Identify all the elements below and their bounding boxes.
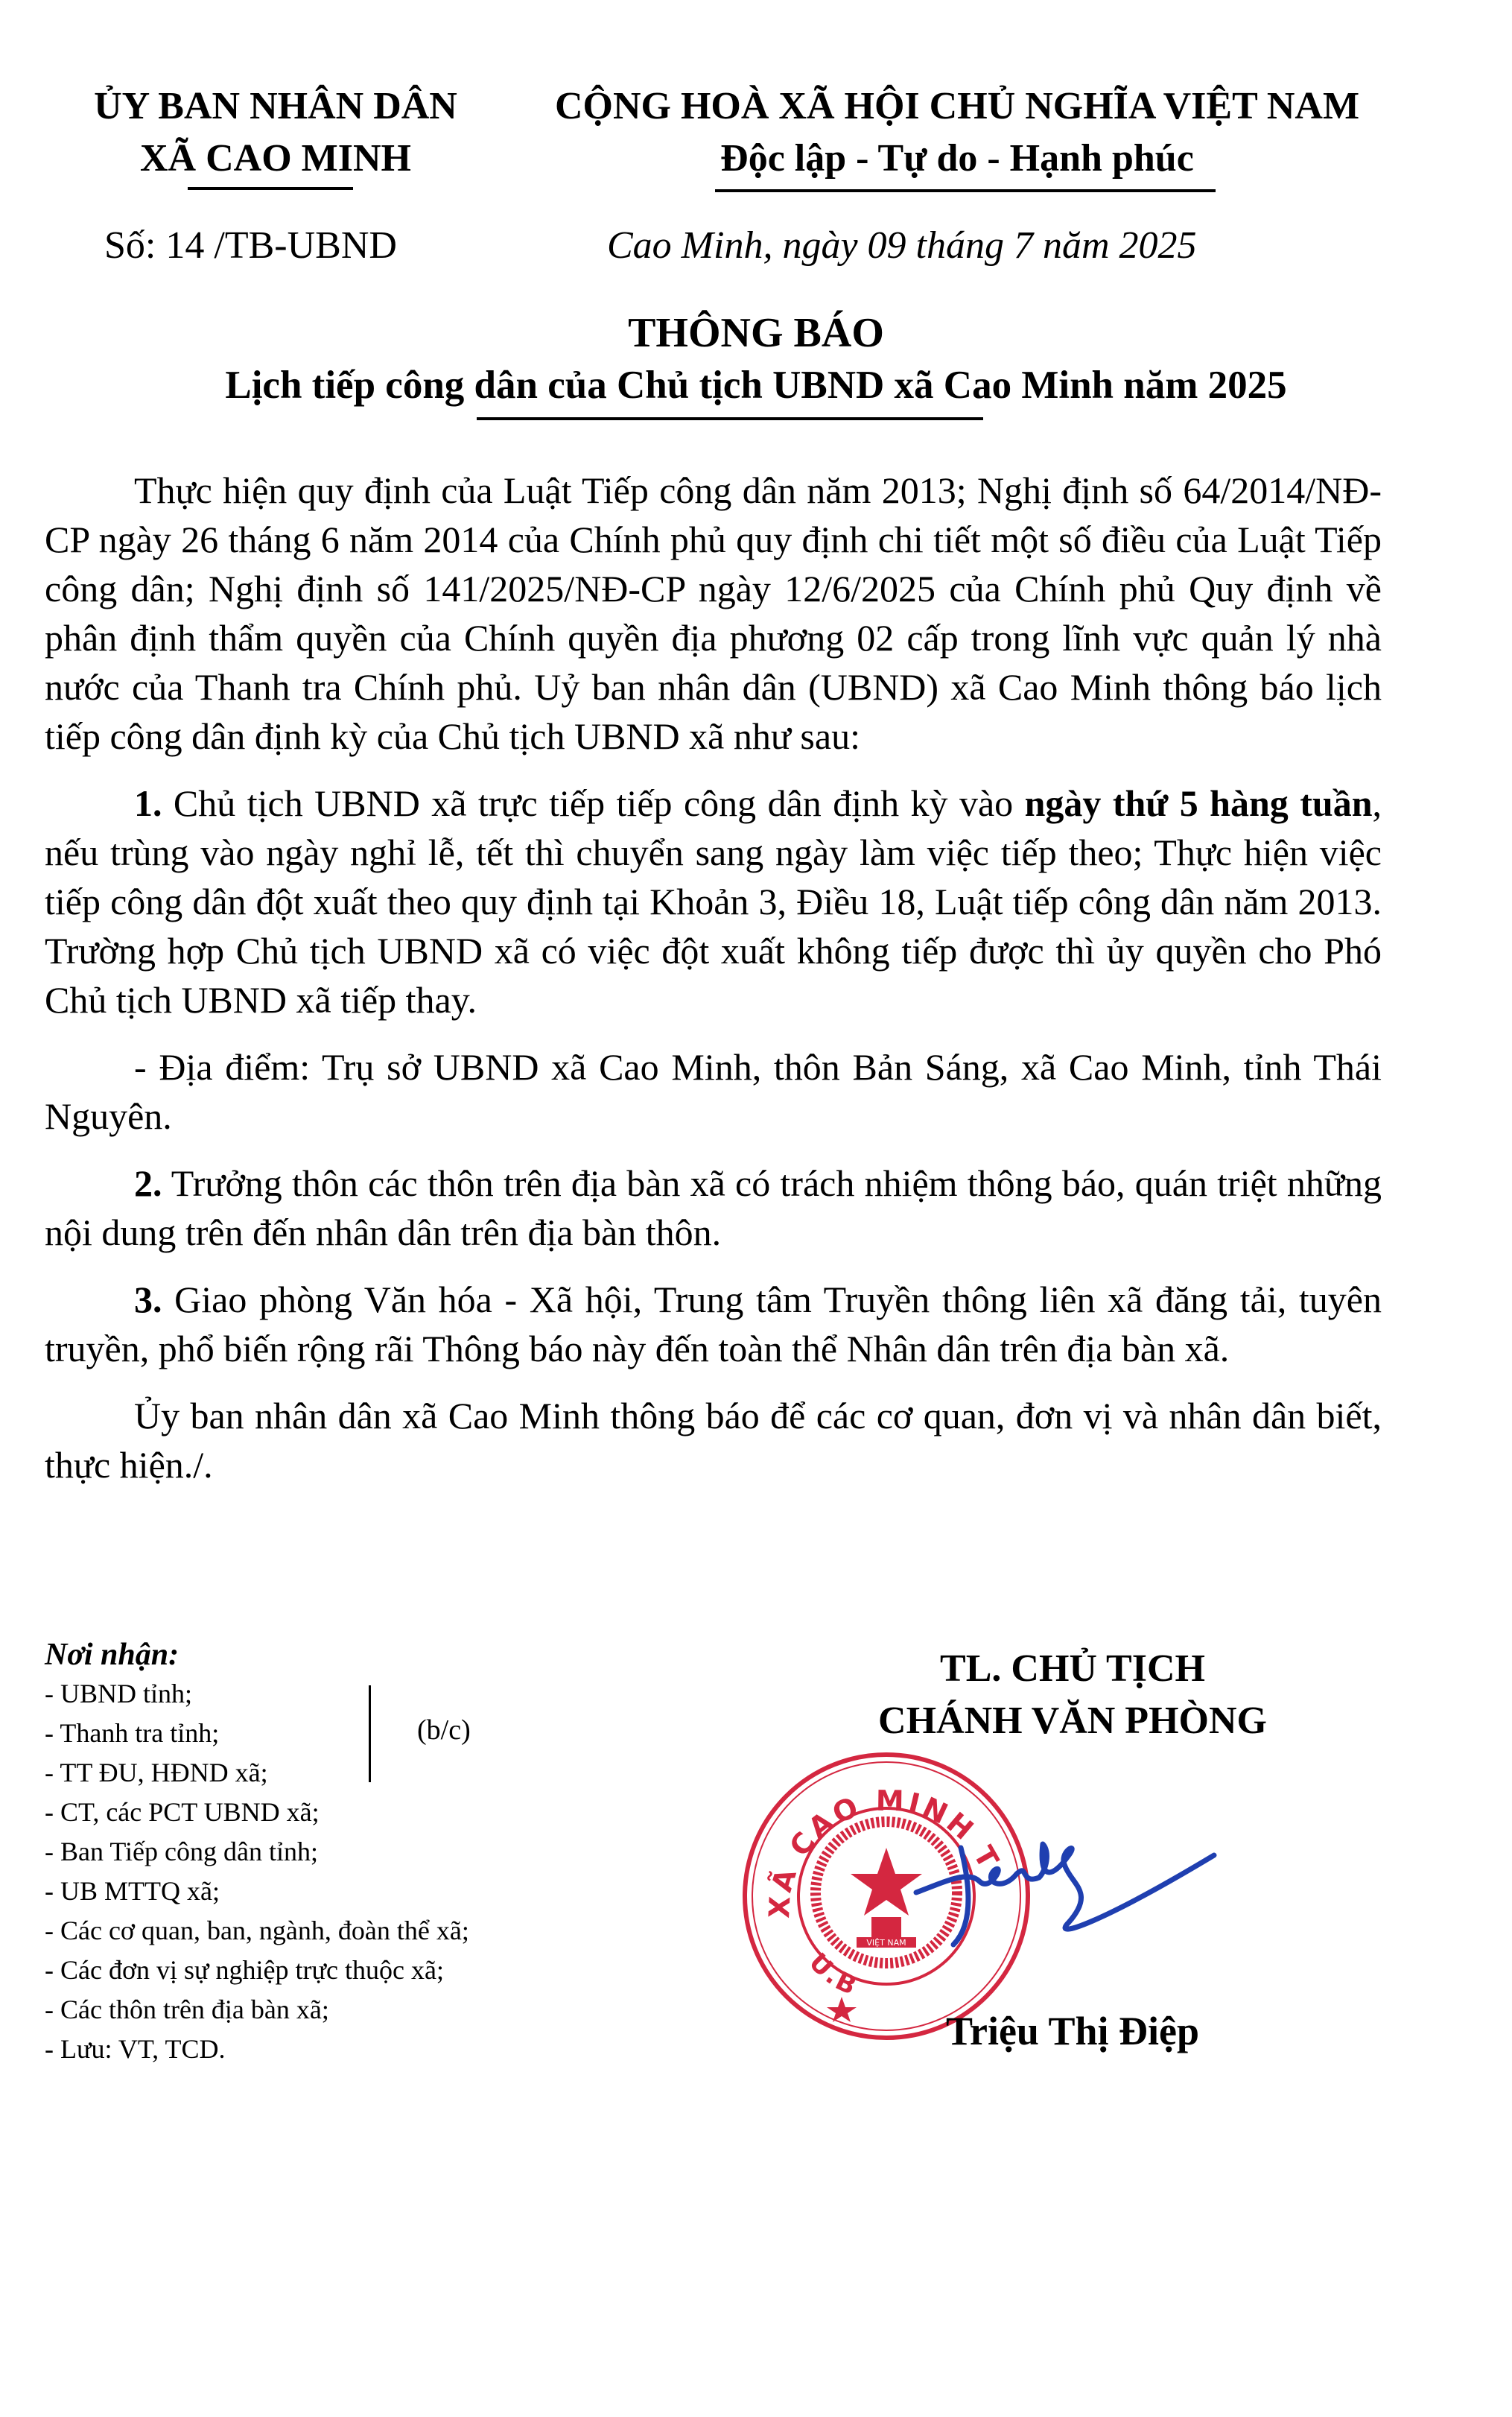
svg-text:VIỆT NAM: VIỆT NAM <box>866 1938 906 1948</box>
recipients-block: Nơi nhận: - UBND tỉnh; - Thanh tra tỉnh;… <box>45 1635 715 2069</box>
item-2-number: 2. <box>134 1162 162 1204</box>
document-subtitle: Lịch tiếp công dân của Chủ tịch UBND xã … <box>0 359 1512 411</box>
closing-paragraph: Ủy ban nhân dân xã Cao Minh thông báo để… <box>45 1391 1382 1489</box>
document-number: Số: 14 /TB-UBND <box>104 224 397 267</box>
item-1-schedule: ngày thứ 5 hàng tuần <box>1025 782 1373 824</box>
signature-position: CHÁNH VĂN PHÒNG <box>790 1695 1356 1747</box>
document-body: Thực hiện quy định của Luật Tiếp công dâ… <box>45 466 1382 1507</box>
signer-name: Triệu Thị Điệp <box>790 2008 1356 2054</box>
recipient-item: - UBND tỉnh; <box>45 1674 715 1714</box>
report-note: (b/c) <box>417 1714 471 1746</box>
recipient-item: - UB MTTQ xã; <box>45 1872 715 1911</box>
agency-line-2: XÃ CAO MINH <box>45 133 506 185</box>
recipients-list: - UBND tỉnh; - Thanh tra tỉnh; - TT ĐU, … <box>45 1674 715 2069</box>
item-3-paragraph: 3. Giao phòng Văn hóa - Xã hội, Trung tâ… <box>45 1275 1382 1373</box>
recipient-item: - Ban Tiếp công dân tỉnh; <box>45 1832 715 1872</box>
national-motto: CỘNG HOÀ XÃ HỘI CHỦ NGHĨA VIỆT NAM Độc l… <box>492 80 1423 185</box>
recipients-bracket <box>369 1685 371 1782</box>
item-1-number: 1. <box>134 782 162 824</box>
issuing-agency: ỦY BAN NHÂN DÂN XÃ CAO MINH <box>45 80 506 185</box>
agency-line-1: ỦY BAN NHÂN DÂN <box>45 80 506 133</box>
nation-line-1: CỘNG HOÀ XÃ HỘI CHỦ NGHĨA VIỆT NAM <box>492 80 1423 133</box>
item-3-number: 3. <box>134 1279 162 1320</box>
intro-paragraph: Thực hiện quy định của Luật Tiếp công dâ… <box>45 466 1382 761</box>
item-1-paragraph: 1. Chủ tịch UBND xã trực tiếp tiếp công … <box>45 779 1382 1024</box>
signature-authority: TL. CHỦ TỊCH <box>790 1643 1356 1695</box>
nation-line-2: Độc lập - Tự do - Hạnh phúc <box>492 133 1423 185</box>
title-underline <box>477 417 983 420</box>
recipient-item: - Các cơ quan, ban, ngành, đoàn thể xã; <box>45 1911 715 1951</box>
handwritten-signature-icon <box>909 1811 1222 1952</box>
place-date: Cao Minh, ngày 09 tháng 7 năm 2025 <box>607 224 1197 267</box>
agency-underline <box>188 187 353 190</box>
location-paragraph: - Địa điểm: Trụ sở UBND xã Cao Minh, thô… <box>45 1042 1382 1141</box>
signature-block: TL. CHỦ TỊCH CHÁNH VĂN PHÒNG <box>790 1643 1356 1747</box>
recipient-item: - Lưu: VT, TCD. <box>45 2030 715 2069</box>
item-1-text-pre: Chủ tịch UBND xã trực tiếp tiếp công dân… <box>162 782 1025 824</box>
recipient-item: - Các thôn trên địa bàn xã; <box>45 1990 715 2030</box>
document-title: THÔNG BÁO <box>0 307 1512 359</box>
motto-underline <box>715 189 1216 192</box>
item-3-text: Giao phòng Văn hóa - Xã hội, Trung tâm T… <box>45 1279 1382 1369</box>
recipient-item: - Các đơn vị sự nghiệp trực thuộc xã; <box>45 1951 715 1990</box>
item-2-paragraph: 2. Trưởng thôn các thôn trên địa bàn xã … <box>45 1159 1382 1257</box>
recipient-item: - Thanh tra tỉnh; <box>45 1714 715 1753</box>
recipient-item: - CT, các PCT UBND xã; <box>45 1793 715 1832</box>
item-2-text: Trưởng thôn các thôn trên địa bàn xã có … <box>45 1162 1382 1253</box>
recipients-title: Nơi nhận: <box>45 1635 715 1674</box>
recipient-item: - TT ĐU, HĐND xã; <box>45 1753 715 1793</box>
